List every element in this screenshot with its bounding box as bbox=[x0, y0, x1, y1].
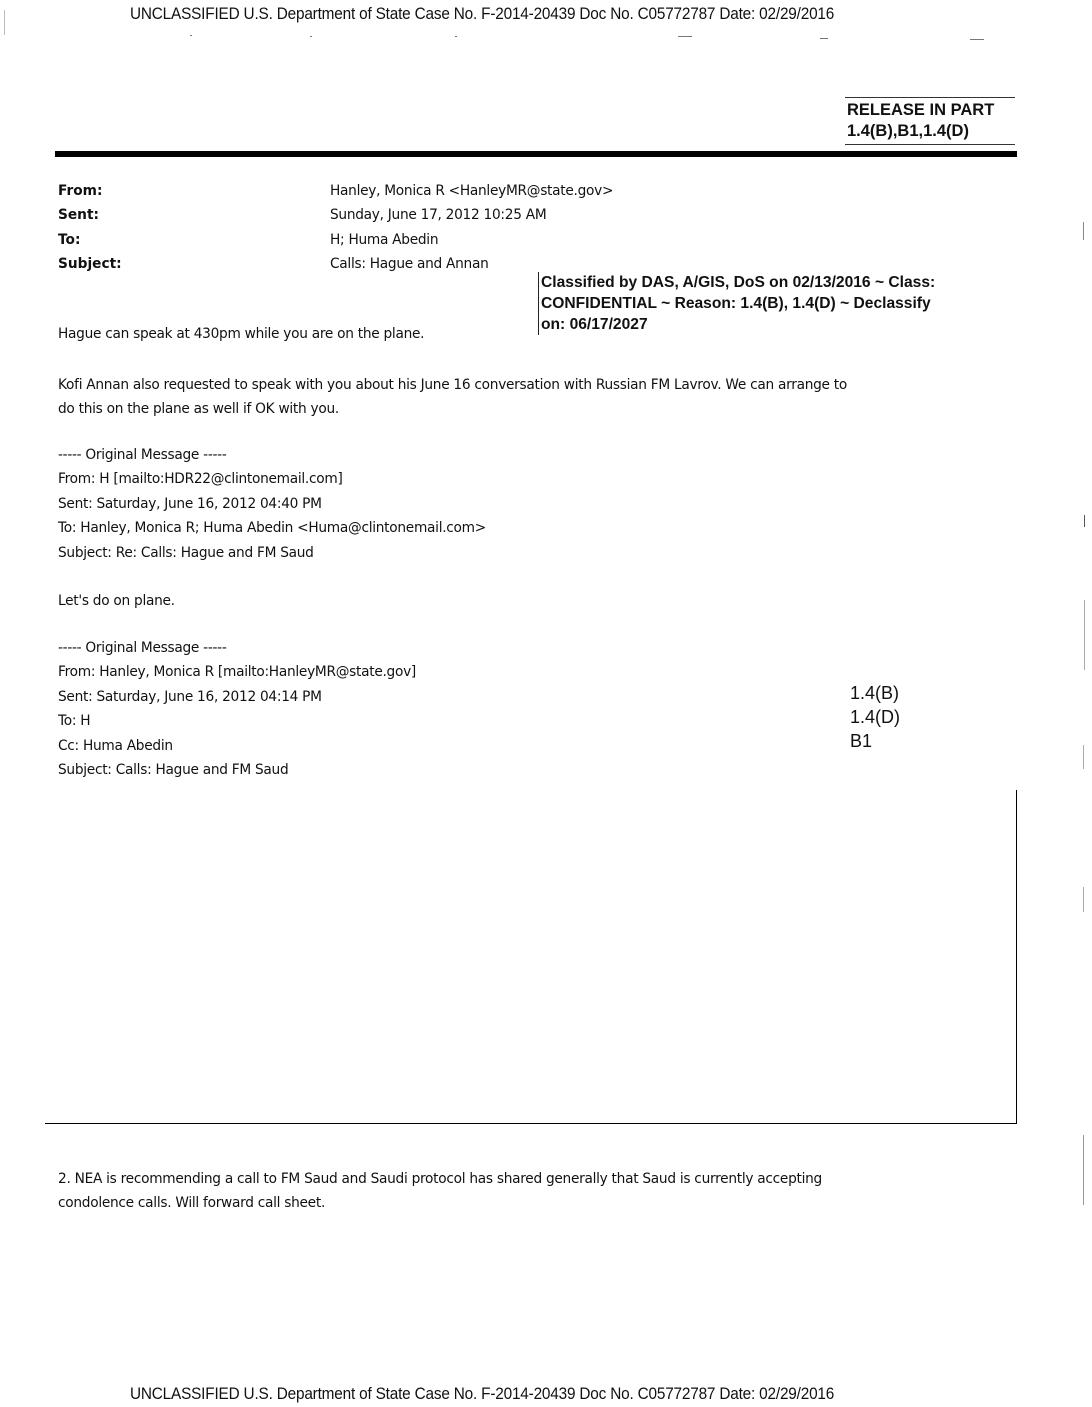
sent-value: Sunday, June 17, 2012 10:25 AM bbox=[330, 203, 613, 227]
scan-artifact bbox=[455, 36, 457, 37]
footer-declassification-stamp: UNCLASSIFIED U.S. Department of State Ca… bbox=[130, 1385, 834, 1404]
subject-label: Subject: bbox=[58, 252, 122, 276]
scan-artifact bbox=[310, 36, 312, 37]
scan-artifact bbox=[1083, 887, 1084, 912]
header-divider-rule bbox=[55, 151, 1017, 157]
body-paragraph-2-line-2: do this on the plane as well if OK with … bbox=[58, 397, 847, 421]
scan-artifact bbox=[1083, 1135, 1084, 1205]
original-message-2: ----- Original Message ----- From: Hanle… bbox=[58, 636, 439, 782]
original-message-sent: Sent: Saturday, June 16, 2012 04:40 PM bbox=[58, 492, 486, 516]
original-message-body: Let's do on plane. bbox=[58, 589, 486, 613]
body-paragraph-2: Kofi Annan also requested to speak with … bbox=[58, 373, 897, 422]
original-message-cc: Cc: Huma Abedin bbox=[58, 734, 416, 758]
original-message-separator: ----- Original Message ----- bbox=[58, 636, 416, 660]
to-label: To: bbox=[58, 228, 122, 252]
scan-artifact bbox=[1084, 600, 1085, 670]
classification-line-3: on: 06/17/2027 bbox=[541, 314, 935, 335]
closing-paragraph-line-2: condolence calls. Will forward call shee… bbox=[58, 1191, 822, 1215]
classification-marking: Classified by DAS, A/GIS, DoS on 02/13/2… bbox=[538, 272, 935, 335]
original-message-from: From: Hanley, Monica R [mailto:HanleyMR@… bbox=[58, 660, 416, 684]
redaction-code: 1.4(D) bbox=[850, 705, 900, 729]
scan-artifact bbox=[4, 10, 5, 35]
original-message-subject: Subject: Re: Calls: Hague and FM Saud bbox=[58, 541, 486, 565]
blank-line bbox=[58, 565, 486, 589]
release-in-part-box: RELEASE IN PART 1.4(B),B1,1.4(D) bbox=[845, 97, 1015, 145]
classification-line-2: CONFIDENTIAL ~ Reason: 1.4(B), 1.4(D) ~ … bbox=[541, 293, 935, 314]
scan-artifact bbox=[1084, 515, 1085, 527]
body-paragraph-1: Hague can speak at 430pm while you are o… bbox=[58, 322, 424, 346]
scan-artifact bbox=[1083, 745, 1084, 769]
redacted-region-border-bottom bbox=[45, 1123, 1017, 1124]
scan-artifact bbox=[1083, 222, 1084, 240]
release-exemption-codes: 1.4(B),B1,1.4(D) bbox=[847, 121, 1013, 142]
release-status: RELEASE IN PART bbox=[847, 100, 1013, 121]
to-value: H; Huma Abedin bbox=[330, 228, 613, 252]
original-message-subject: Subject: Calls: Hague and FM Saud bbox=[58, 758, 416, 782]
redacted-region-border-right bbox=[1016, 790, 1017, 1123]
original-message-1: ----- Original Message ----- From: H [ma… bbox=[58, 443, 513, 614]
header-declassification-stamp: UNCLASSIFIED U.S. Department of State Ca… bbox=[130, 5, 834, 24]
original-message-separator: ----- Original Message ----- bbox=[58, 443, 486, 467]
scan-artifact bbox=[970, 39, 984, 40]
email-header-labels: From: Sent: To: Subject: bbox=[58, 179, 126, 277]
redaction-exemption-codes: 1.4(B) 1.4(D) B1 bbox=[850, 681, 900, 753]
from-value: Hanley, Monica R <HanleyMR@state.gov> bbox=[330, 179, 613, 203]
scan-artifact bbox=[820, 38, 828, 39]
original-message-to: To: Hanley, Monica R; Huma Abedin <Huma@… bbox=[58, 516, 486, 540]
classification-line-1: Classified by DAS, A/GIS, DoS on 02/13/2… bbox=[541, 272, 935, 293]
original-message-sent: Sent: Saturday, June 16, 2012 04:14 PM bbox=[58, 685, 416, 709]
sent-label: Sent: bbox=[58, 203, 122, 227]
body-paragraph-2-line-1: Kofi Annan also requested to speak with … bbox=[58, 373, 847, 397]
from-label: From: bbox=[58, 179, 122, 203]
email-header-values: Hanley, Monica R <HanleyMR@state.gov> Su… bbox=[330, 179, 631, 277]
scan-artifact bbox=[678, 36, 692, 37]
original-message-from: From: H [mailto:HDR22@clintonemail.com] bbox=[58, 467, 486, 491]
original-message-to: To: H bbox=[58, 709, 416, 733]
closing-paragraph: 2. NEA is recommending a call to FM Saud… bbox=[58, 1167, 871, 1216]
redaction-code: B1 bbox=[850, 729, 900, 753]
redaction-code: 1.4(B) bbox=[850, 681, 900, 705]
closing-paragraph-line-1: 2. NEA is recommending a call to FM Saud… bbox=[58, 1167, 822, 1191]
scan-artifact bbox=[190, 35, 192, 36]
